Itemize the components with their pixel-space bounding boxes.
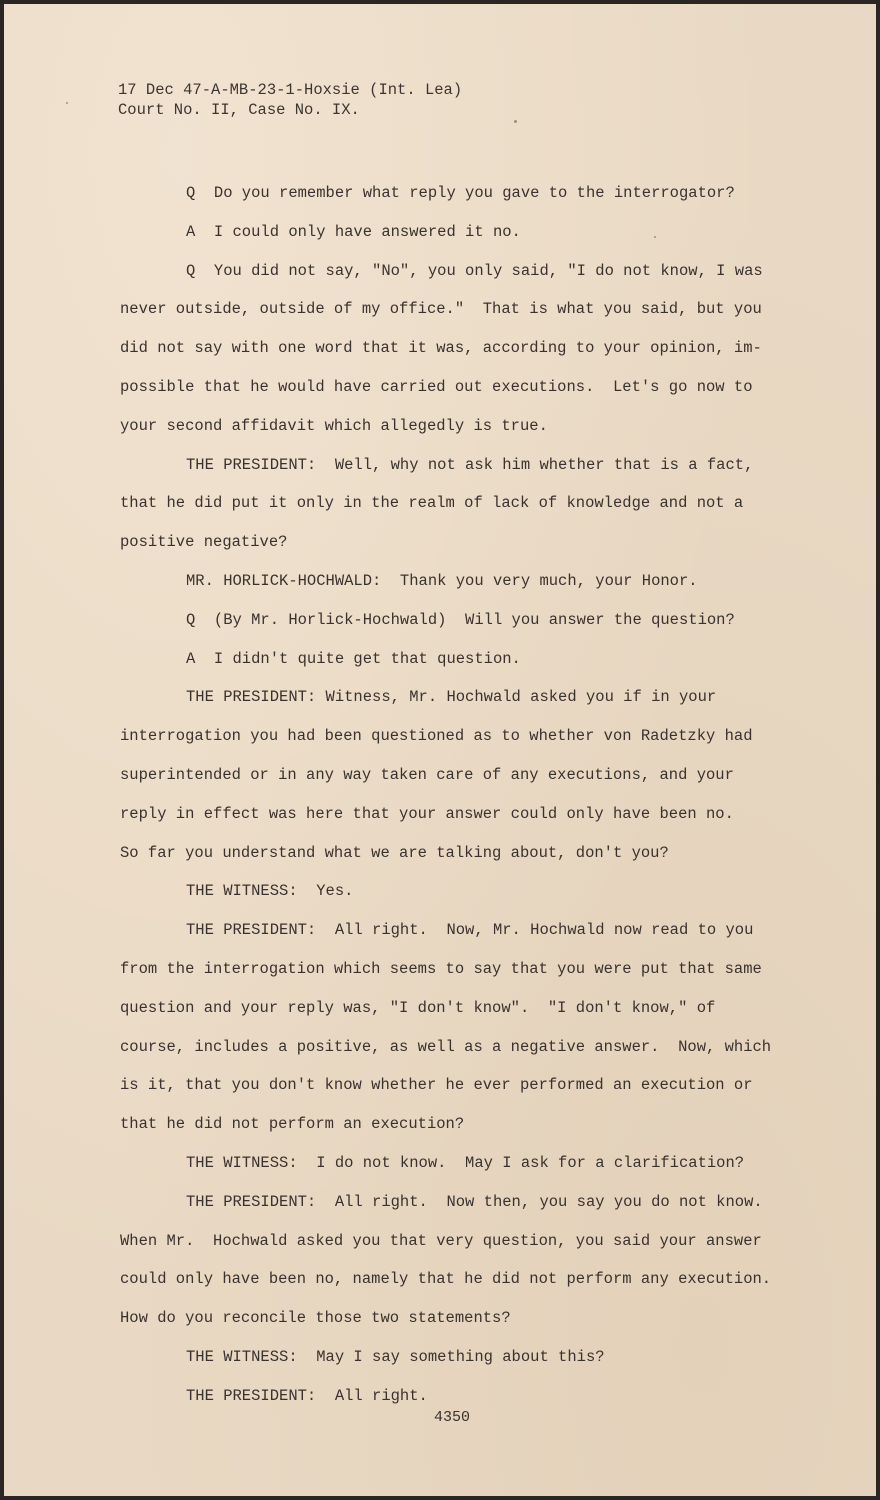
transcript-line: interrogation you had been questioned as… — [120, 717, 810, 756]
transcript-line: course, includes a positive, as well as … — [120, 1028, 810, 1067]
paper-speck — [514, 120, 517, 123]
transcript-line: THE PRESIDENT: Well, why not ask him whe… — [120, 446, 810, 485]
transcript-body: Q Do you remember what reply you gave to… — [120, 174, 810, 1416]
transcript-line: THE PRESIDENT: Witness, Mr. Hochwald ask… — [120, 678, 810, 717]
transcript-line: did not say with one word that it was, a… — [120, 329, 810, 368]
document-header: 17 Dec 47-A-MB-23-1-Hoxsie (Int. Lea) Co… — [118, 80, 462, 120]
transcript-line: that he did not perform an execution? — [120, 1105, 810, 1144]
transcript-line: is it, that you don't know whether he ev… — [120, 1066, 810, 1105]
transcript-line: THE WITNESS: May I say something about t… — [120, 1338, 810, 1377]
transcript-line: THE WITNESS: I do not know. May I ask fo… — [120, 1144, 810, 1183]
transcript-line: When Mr. Hochwald asked you that very qu… — [120, 1222, 810, 1261]
transcript-line: MR. HORLICK-HOCHWALD: Thank you very muc… — [120, 562, 810, 601]
transcript-line: Q You did not say, "No", you only said, … — [120, 252, 810, 291]
transcript-line: positive negative? — [120, 523, 810, 562]
transcript-line: reply in effect was here that your answe… — [120, 795, 810, 834]
header-reference-line: 17 Dec 47-A-MB-23-1-Hoxsie (Int. Lea) — [118, 80, 462, 100]
transcript-line: that he did put it only in the realm of … — [120, 484, 810, 523]
transcript-line: possible that he would have carried out … — [120, 368, 810, 407]
transcript-line: your second affidavit which allegedly is… — [120, 407, 810, 446]
transcript-line: A I didn't quite get that question. — [120, 640, 810, 679]
transcript-line: So far you understand what we are talkin… — [120, 834, 810, 873]
page-number: 4350 — [434, 1409, 470, 1426]
transcript-line: never outside, outside of my office." Th… — [120, 290, 810, 329]
paper-speck — [654, 236, 656, 238]
transcript-line: THE PRESIDENT: All right. Now, Mr. Hochw… — [120, 911, 810, 950]
transcript-line: How do you reconcile those two statement… — [120, 1299, 810, 1338]
transcript-line: A I could only have answered it no. — [120, 213, 810, 252]
transcript-line: superintended or in any way taken care o… — [120, 756, 810, 795]
transcript-line: could only have been no, namely that he … — [120, 1260, 810, 1299]
paper-speck — [66, 102, 68, 104]
header-court-line: Court No. II, Case No. IX. — [118, 100, 462, 120]
transcript-line: question and your reply was, "I don't kn… — [120, 989, 810, 1028]
transcript-line: THE PRESIDENT: All right. Now then, you … — [120, 1183, 810, 1222]
transcript-line: Q (By Mr. Horlick-Hochwald) Will you ans… — [120, 601, 810, 640]
transcript-line: from the interrogation which seems to sa… — [120, 950, 810, 989]
document-page: 17 Dec 47-A-MB-23-1-Hoxsie (Int. Lea) Co… — [4, 4, 876, 1496]
transcript-line: THE WITNESS: Yes. — [120, 872, 810, 911]
transcript-line: Q Do you remember what reply you gave to… — [120, 174, 810, 213]
